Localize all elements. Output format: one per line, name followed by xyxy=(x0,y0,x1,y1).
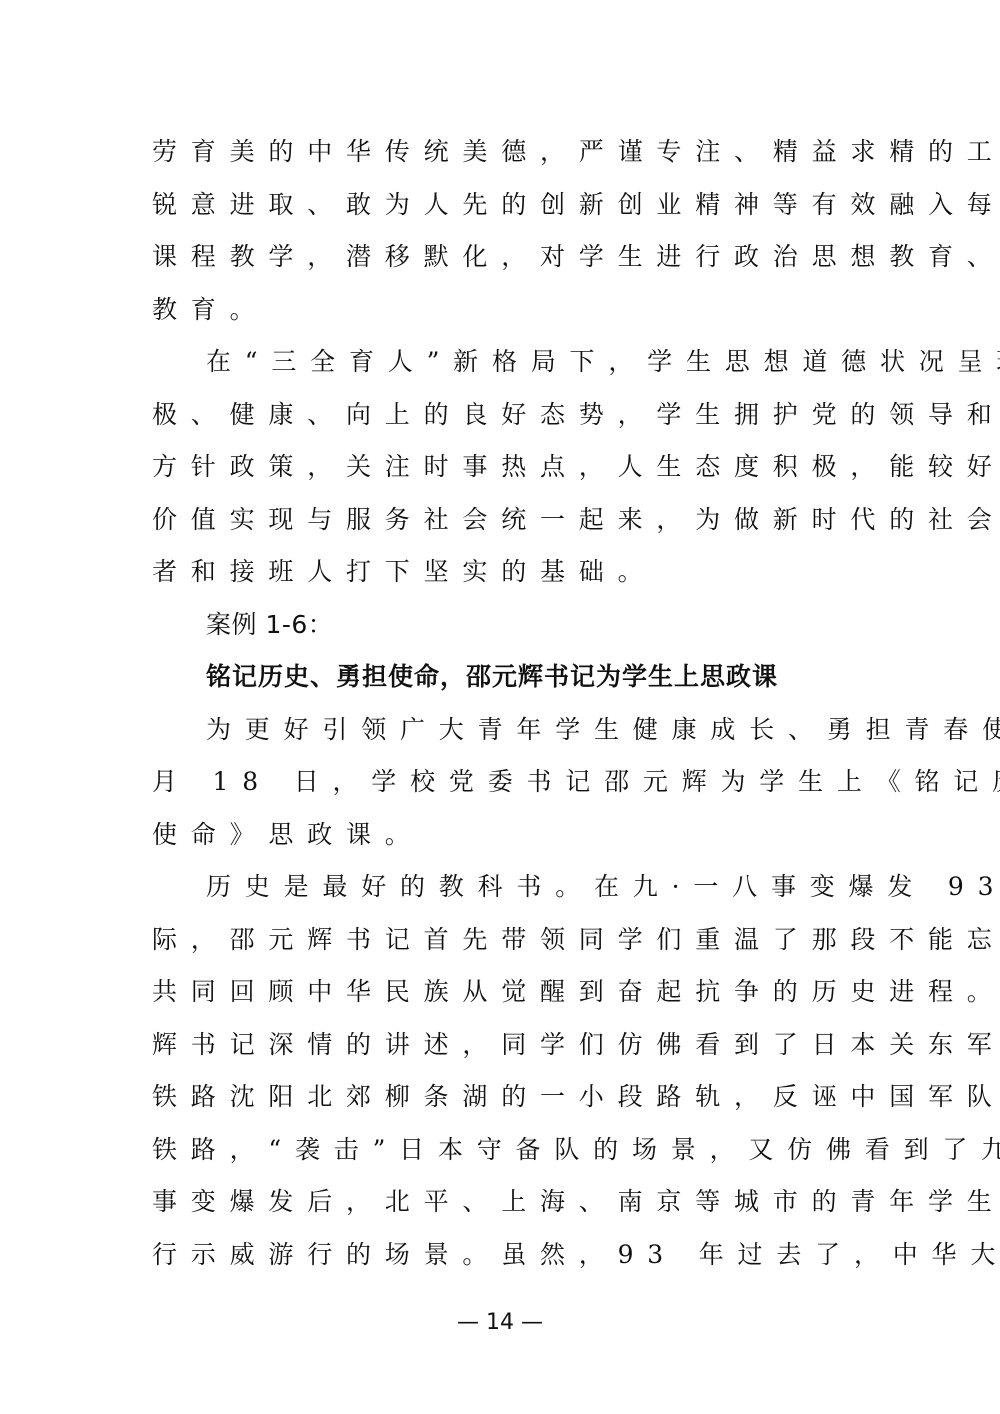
text-line: 事变爆发后，北平、上海、南京等城市的青年学生，纷纷举 xyxy=(152,1176,852,1229)
paragraph: 为更好引领广大青年学生健康成长、勇担青春使命，9 月 18 日，学校党委书记邵元… xyxy=(152,704,852,862)
text-line: 铁路沈阳北郊柳条湖的一小段路轨，反诬中国军队“破坏” xyxy=(152,1071,852,1124)
document-page: 劳育美的中华传统美德，严谨专注、精益求精的工匠精神， 锐意进取、敢为人先的创新创… xyxy=(152,126,852,1281)
text-line: 月 18 日，学校党委书记邵元辉为学生上《铭记历史、勇担 xyxy=(152,756,852,809)
text-line: 铁路，“袭击”日本守备队的场景，又仿佛看到了九·一八 xyxy=(152,1124,852,1177)
text-line: 者和接班人打下坚实的基础。 xyxy=(152,546,852,599)
text-line: 极、健康、向上的良好态势，学生拥护党的领导和各项路线 xyxy=(152,389,852,442)
text-line: 方针政策，关注时事热点，人生态度积极，能较好地将个人 xyxy=(152,441,852,494)
text-line: 劳育美的中华传统美德，严谨专注、精益求精的工匠精神， xyxy=(152,126,852,179)
text-line: 在“三全育人”新格局下，学生思想道德状况呈现出积 xyxy=(152,336,852,389)
text-line: 行示威游行的场景。虽然，93 年过去了，中华大地上抗战的 xyxy=(152,1229,852,1282)
paragraph: 在“三全育人”新格局下，学生思想道德状况呈现出积 极、健康、向上的良好态势，学生… xyxy=(152,336,852,599)
text-line: 历史是最好的教科书。在九·一八事变爆发 93 周年之 xyxy=(152,861,852,914)
paragraph: 历史是最好的教科书。在九·一八事变爆发 93 周年之 际，邵元辉书记首先带领同学… xyxy=(152,861,852,1281)
text-line: 共同回顾中华民族从觉醒到奋起抗争的历史进程。通过邵元 xyxy=(152,966,852,1019)
case-title: 铭记历史、勇担使命，邵元辉书记为学生上思政课 xyxy=(152,651,852,704)
text-line: 为更好引领广大青年学生健康成长、勇担青春使命，9 xyxy=(152,704,852,757)
case-label: 案例 1-6： xyxy=(152,599,852,652)
text-line: 课程教学，潜移默化，对学生进行政治思想教育、道德品质 xyxy=(152,231,852,284)
text-line: 际，邵元辉书记首先带领同学们重温了那段不能忘却的历史， xyxy=(152,914,852,967)
text-line: 使命》思政课。 xyxy=(152,809,852,862)
text-line: 辉书记深情的讲述，同学们仿佛看到了日本关东军炸毁南满 xyxy=(152,1019,852,1072)
paragraph: 劳育美的中华传统美德，严谨专注、精益求精的工匠精神， 锐意进取、敢为人先的创新创… xyxy=(152,126,852,336)
text-line: 锐意进取、敢为人先的创新创业精神等有效融入每一门专业 xyxy=(152,179,852,232)
text-line: 教育。 xyxy=(152,284,852,337)
page-number: — 14 — xyxy=(0,1310,1000,1335)
text-line: 价值实现与服务社会统一起来，为做新时代的社会主义建设 xyxy=(152,494,852,547)
